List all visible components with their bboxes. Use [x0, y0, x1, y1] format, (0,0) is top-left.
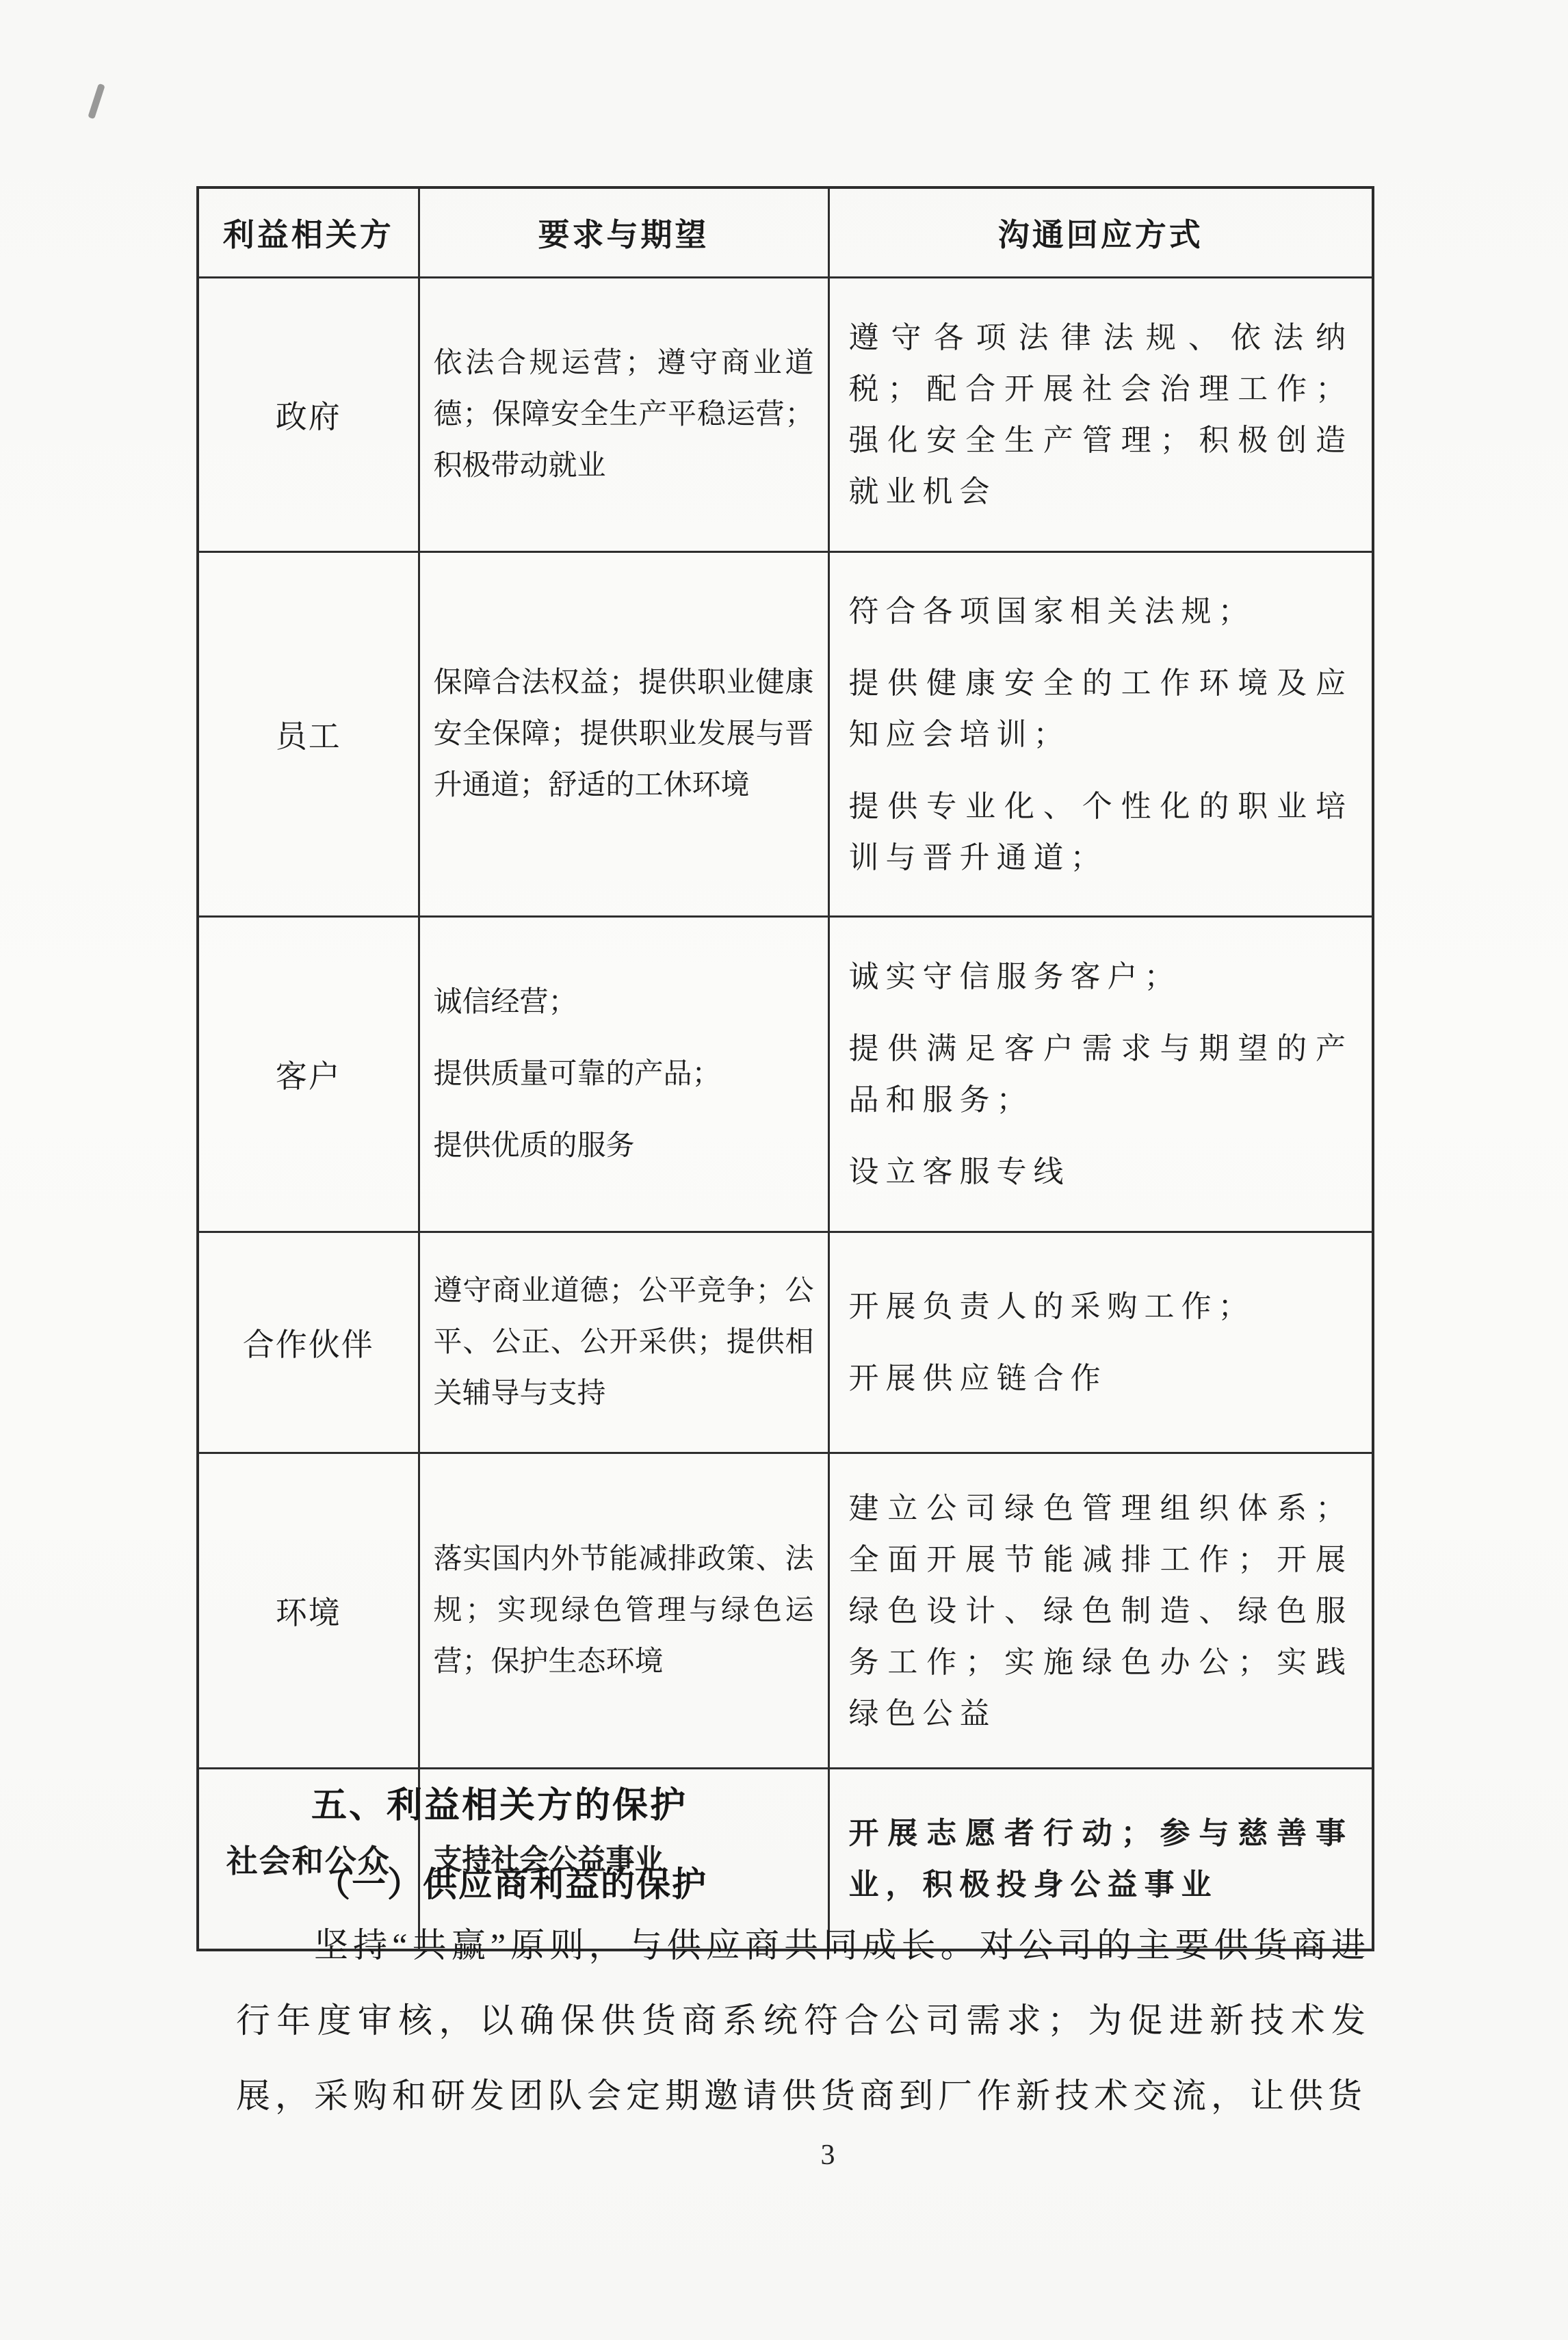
section-heading: 五、利益相关方的保护 [311, 1776, 688, 1828]
cell-paragraph: 设立客服专线 [849, 1146, 1353, 1197]
cell-paragraph: 开展志愿者行动；参与慈善事业，积极投身公益事业 [849, 1808, 1353, 1910]
page-number: 3 [44, 2139, 1568, 2172]
response-cell: 遵守各项法律法规、依法纳税；配合开展社会治理工作；强化安全生产管理；积极创造就业… [828, 278, 1373, 552]
body-paragraph: 坚持“共赢”原则，与供应商共同成长。对公司的主要供货商进行年度审核，以确保供货商… [236, 1908, 1370, 2133]
cell-paragraph: 诚信经营； [434, 977, 814, 1028]
response-cell: 符合各项国家相关法规；提供健康安全的工作环境及应知应会培训；提供专业化、个性化的… [828, 552, 1373, 917]
table-row: 客户诚信经营；提供质量可靠的产品；提供优质的服务诚实守信服务客户；提供满足客户需… [198, 917, 1373, 1232]
stakeholder-cell: 环境 [198, 1453, 419, 1769]
cell-paragraph: 提供满足客户需求与期望的产品和服务； [849, 1023, 1353, 1126]
cell-paragraph: 保障合法权益；提供职业健康安全保障；提供职业发展与晋升通道；舒适的工休环境 [434, 658, 814, 811]
expectation-cell: 依法合规运营；遵守商业道德；保障安全生产平稳运营；积极带动就业 [419, 278, 828, 552]
cell-paragraph: 符合各项国家相关法规； [849, 586, 1353, 637]
expectation-cell: 遵守商业道德；公平竞争；公平、公正、公开采供；提供相关辅导与支持 [419, 1232, 828, 1453]
col-header-responses: 沟通回应方式 [828, 187, 1373, 278]
stakeholder-cell: 客户 [198, 917, 419, 1232]
document-page: 利益相关方 要求与期望 沟通回应方式 政府依法合规运营；遵守商业道德；保障安全生… [0, 0, 1568, 2340]
stakeholder-table: 利益相关方 要求与期望 沟通回应方式 政府依法合规运营；遵守商业道德；保障安全生… [196, 186, 1374, 1951]
table-row: 政府依法合规运营；遵守商业道德；保障安全生产平稳运营；积极带动就业遵守各项法律法… [198, 278, 1373, 552]
col-header-expectations: 要求与期望 [419, 187, 828, 278]
table-row: 员工保障合法权益；提供职业健康安全保障；提供职业发展与晋升通道；舒适的工休环境符… [198, 552, 1373, 917]
cell-paragraph: 建立公司绿色管理组织体系；全面开展节能减排工作；开展绿色设计、绿色制造、绿色服务… [849, 1483, 1353, 1739]
expectation-cell: 诚信经营；提供质量可靠的产品；提供优质的服务 [419, 917, 828, 1232]
stakeholder-cell: 合作伙伴 [198, 1232, 419, 1453]
stakeholder-cell: 员工 [198, 552, 419, 917]
col-header-stakeholder: 利益相关方 [198, 187, 419, 278]
cell-paragraph: 开展供应链合作 [849, 1353, 1353, 1404]
response-cell: 诚实守信服务客户；提供满足客户需求与期望的产品和服务；设立客服专线 [828, 917, 1373, 1232]
cell-paragraph: 遵守各项法律法规、依法纳税；配合开展社会治理工作；强化安全生产管理；积极创造就业… [849, 312, 1353, 517]
cell-paragraph: 开展负责人的采购工作； [849, 1281, 1353, 1332]
cell-paragraph: 提供健康安全的工作环境及应知应会培训； [849, 658, 1353, 760]
response-cell: 建立公司绿色管理组织体系；全面开展节能减排工作；开展绿色设计、绿色制造、绿色服务… [828, 1453, 1373, 1769]
cell-paragraph: 落实国内外节能减排政策、法规；实现绿色管理与绿色运营；保护生态环境 [434, 1534, 814, 1688]
stakeholder-cell: 政府 [198, 278, 419, 552]
cell-paragraph: 提供专业化、个性化的职业培训与晋升通道； [849, 781, 1353, 883]
subsection-heading: （一）供应商利益的保护 [316, 1857, 707, 1906]
expectation-cell: 保障合法权益；提供职业健康安全保障；提供职业发展与晋升通道；舒适的工休环境 [419, 552, 828, 917]
scan-smudge [88, 83, 105, 120]
cell-paragraph: 遵守商业道德；公平竞争；公平、公正、公开采供；提供相关辅导与支持 [434, 1266, 814, 1420]
stakeholder-table-wrap: 利益相关方 要求与期望 沟通回应方式 政府依法合规运营；遵守商业道德；保障安全生… [196, 186, 1372, 1951]
cell-paragraph: 提供质量可靠的产品； [434, 1049, 814, 1100]
cell-paragraph: 提供优质的服务 [434, 1121, 814, 1172]
cell-paragraph: 依法合规运营；遵守商业道德；保障安全生产平稳运营；积极带动就业 [434, 338, 814, 492]
response-cell: 开展负责人的采购工作；开展供应链合作 [828, 1232, 1373, 1453]
table-row: 环境落实国内外节能减排政策、法规；实现绿色管理与绿色运营；保护生态环境建立公司绿… [198, 1453, 1373, 1769]
expectation-cell: 落实国内外节能减排政策、法规；实现绿色管理与绿色运营；保护生态环境 [419, 1453, 828, 1769]
table-header-row: 利益相关方 要求与期望 沟通回应方式 [198, 187, 1373, 278]
table-row: 合作伙伴遵守商业道德；公平竞争；公平、公正、公开采供；提供相关辅导与支持开展负责… [198, 1232, 1373, 1453]
cell-paragraph: 诚实守信服务客户； [849, 951, 1353, 1002]
